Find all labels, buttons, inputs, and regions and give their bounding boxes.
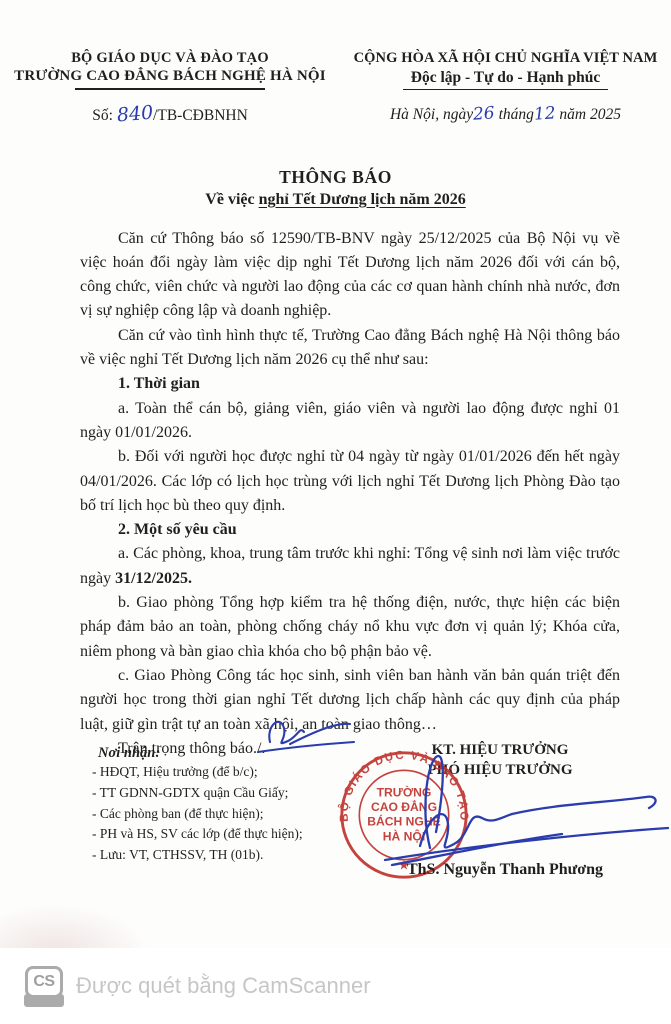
national-motto: Độc lập - Tự do - Hạnh phúc	[403, 69, 608, 90]
subtitle-underlined: nghỉ Tết Dương lịch năm 2026	[259, 191, 466, 208]
recipient-item: - PH và HS, SV các lớp (để thực hiện);	[92, 824, 362, 845]
doc-number-suffix: /TB-CĐBNHN	[153, 107, 248, 124]
section-heading-2: 2. Một số yêu cầu	[80, 518, 620, 542]
handwritten-initial-mark	[250, 700, 370, 762]
recipient-item: - TT GDNN-GDTX quận Cầu Giấy;	[92, 783, 362, 804]
issuing-org-block: BỘ GIÁO DỤC VÀ ĐÀO TẠO TRƯỜNG CAO ĐẲNG B…	[0, 50, 340, 125]
recipient-item: - Lưu: VT, CTHSSV, TH (01b).	[92, 845, 362, 866]
document-subtitle: Về việc nghỉ Tết Dương lịch năm 2026	[0, 191, 671, 209]
paragraph-2a: a. Các phòng, khoa, trung tâm trước khi …	[80, 542, 620, 591]
date-year-label: năm 2025	[556, 106, 621, 123]
date-month-label: tháng	[495, 106, 534, 123]
national-heading-block: CỘNG HÒA XÃ HỘI CHỦ NGHĨA VIỆT NAM Độc l…	[340, 50, 671, 125]
doc-number: Số: 840/TB-CĐBNHN	[0, 105, 340, 125]
document-body: Căn cứ Thông báo số 12590/TB-BNV ngày 25…	[80, 227, 620, 762]
cs-badge: CS	[25, 966, 63, 998]
recipient-item: - Các phòng ban (để thực hiện);	[92, 804, 362, 825]
paragraph-legal-basis-2: Căn cứ vào tình hình thực tế, Trường Cao…	[80, 324, 620, 373]
paragraph-2b: b. Giao phòng Tổng hợp kiểm tra hệ thống…	[80, 591, 620, 664]
paragraph-1a: a. Toàn thể cán bộ, giảng viên, giáo viê…	[80, 397, 620, 446]
school-name: TRƯỜNG CAO ĐẲNG BÁCH NGHỆ HÀ NỘI	[0, 68, 340, 85]
date-line: Hà Nội, ngày26 tháng12 năm 2025	[340, 106, 671, 124]
paragraph-1b: b. Đối với người học được nghỉ từ 04 ngà…	[80, 445, 620, 518]
doc-number-handwritten: 840	[116, 103, 154, 125]
national-title: CỘNG HÒA XÃ HỘI CHỦ NGHĨA VIỆT NAM	[340, 50, 671, 67]
handwritten-signature	[350, 746, 670, 872]
recipients-block: Nơi nhận: - HĐQT, Hiệu trưởng (để b/c); …	[92, 745, 362, 866]
paragraph-2a-date-bold: 31/12/2025.	[115, 570, 192, 587]
scanned-document-page: BỘ GIÁO DỤC VÀ ĐÀO TẠO TRƯỜNG CAO ĐẲNG B…	[0, 0, 671, 1024]
school-underline	[75, 88, 265, 90]
document-title: THÔNG BÁO	[0, 167, 671, 188]
date-day-handwritten: 26	[473, 105, 496, 123]
document-title-block: THÔNG BÁO Về việc nghỉ Tết Dương lịch nă…	[0, 167, 671, 209]
section-heading-1: 1. Thời gian	[80, 372, 620, 396]
date-place: Hà Nội, ngày	[390, 106, 473, 123]
camscanner-watermark-text: Được quét bằng CamScanner	[76, 973, 371, 999]
paragraph-legal-basis-1: Căn cứ Thông báo số 12590/TB-BNV ngày 25…	[80, 227, 620, 324]
ministry-name: BỘ GIÁO DỤC VÀ ĐÀO TẠO	[0, 50, 340, 67]
subtitle-prefix: Về việc	[205, 191, 258, 208]
signer-name: ThS. Nguyễn Thanh Phương	[355, 861, 655, 879]
document-header: BỘ GIÁO DỤC VÀ ĐÀO TẠO TRƯỜNG CAO ĐẲNG B…	[0, 0, 671, 125]
camscanner-watermark-bar: CS Được quét bằng CamScanner	[0, 948, 671, 1024]
doc-number-prefix: Số:	[92, 107, 117, 124]
camscanner-logo-icon: CS	[24, 966, 64, 1007]
date-month-handwritten: 12	[533, 105, 556, 123]
recipient-item: - HĐQT, Hiệu trưởng (để b/c);	[92, 762, 362, 783]
